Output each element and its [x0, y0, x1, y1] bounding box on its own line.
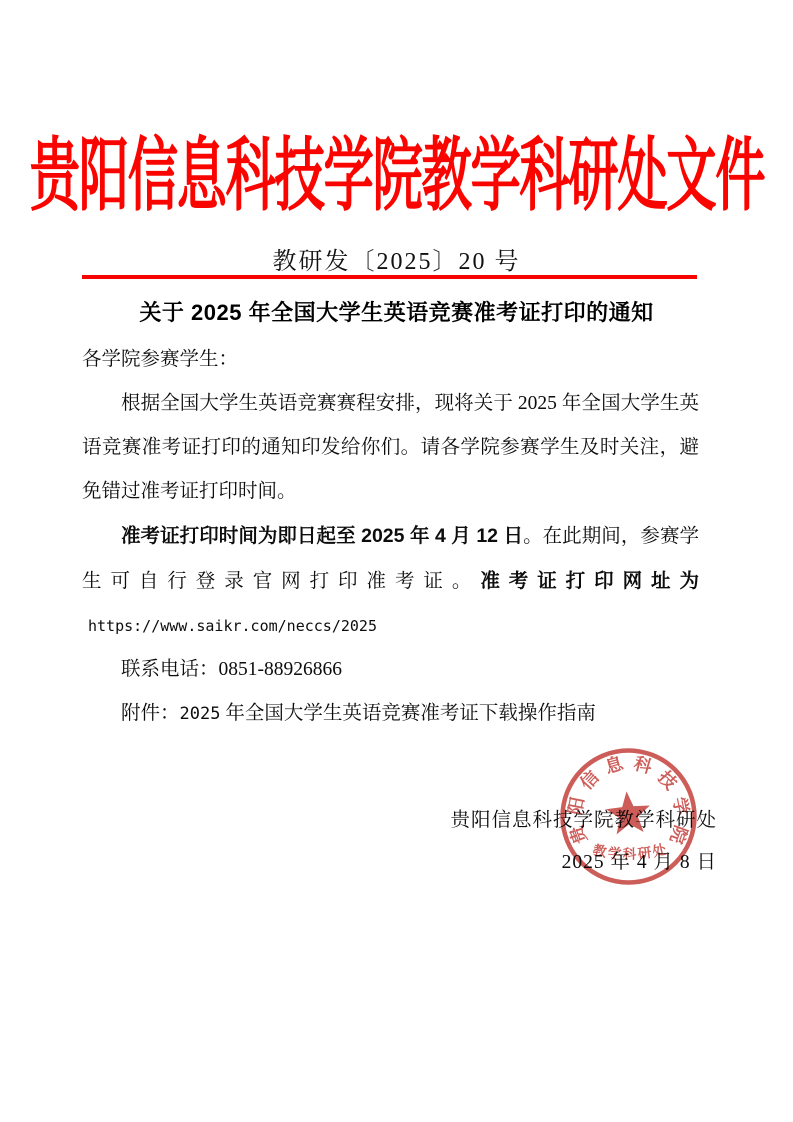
attachment-label: 附件：: [121, 703, 180, 724]
svg-text:息: 息: [603, 753, 626, 777]
print-url-label: 准考证打印网址为: [480, 570, 699, 592]
notice-body: 各学院参赛学生： 根据全国大学生英语竞赛赛程安排，现将关于 2025 年全国大学…: [82, 338, 699, 736]
print-url-link[interactable]: https://www.saikr.com/neccs/2025: [88, 617, 377, 635]
document-page: { "header": { "org_title": "贵阳信息科技学院教学科研…: [0, 0, 793, 1122]
paragraph-print-window: 准考证打印时间为即日起至 2025 年 4 月 12 日。在此期间，参赛学生可自…: [82, 514, 699, 648]
letterhead-org-title: 贵阳信息科技学院教学科研处文件: [29, 136, 763, 216]
svg-text:信: 信: [576, 767, 603, 794]
letterhead: 贵阳信息科技学院教学科研处文件: [0, 130, 793, 222]
attachment-line: 附件：2025 年全国大学生英语竞赛准考证下载操作指南: [82, 692, 699, 736]
doc-reference-number: 教研发〔2025〕20 号: [0, 241, 793, 276]
paragraph-schedule: 根据全国大学生英语竞赛赛程安排，现将关于 2025 年全国大学生英语竞赛准考证打…: [82, 382, 699, 514]
svg-text:技: 技: [654, 766, 682, 794]
seal-arc-text: 贵 阳 信 息 科 技 学 院: [565, 753, 693, 847]
red-divider-line: [82, 275, 697, 279]
signature-date: 2025 年 4 月 8 日: [562, 846, 717, 874]
attachment-year: 2025: [180, 704, 221, 724]
attachment-title: 年全国大学生英语竞赛准考证下载操作指南: [220, 703, 595, 724]
signature-org: 贵阳信息科技学院教学科研处: [450, 804, 717, 832]
salutation: 各学院参赛学生：: [82, 338, 699, 382]
svg-text:科: 科: [632, 753, 655, 777]
notice-title: 关于 2025 年全国大学生英语竞赛准考证打印的通知: [0, 296, 793, 327]
contact-line: 联系电话：0851-88926866: [82, 648, 699, 692]
print-deadline-text: 准考证打印时间为即日起至 2025 年 4 月 12 日: [121, 525, 523, 547]
